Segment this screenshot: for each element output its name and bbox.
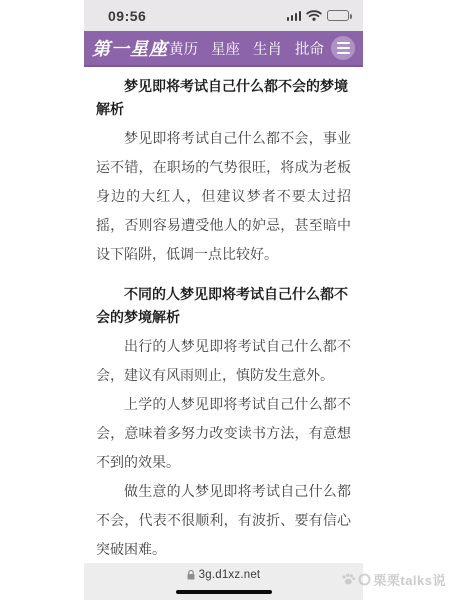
home-indicator[interactable] <box>176 590 272 595</box>
article-paragraph: 出行的人梦见即将考试自己什么都不会，建议有风雨则止，慎防发生意外。 <box>96 332 351 390</box>
hamburger-menu-icon[interactable] <box>331 36 355 60</box>
battery-icon <box>327 10 349 21</box>
url-text: 3g.d1xz.net <box>199 569 261 581</box>
site-logo[interactable]: 第一星座 <box>92 35 168 61</box>
watermark-text: 栗栗talks说 <box>373 570 446 589</box>
nav-item-黄历[interactable]: 黄历 <box>169 38 198 59</box>
site-header: 第一星座 黄历星座生肖批命 <box>84 31 363 67</box>
article-heading: 梦见即将考试自己什么都不会的梦境解析 <box>96 75 351 121</box>
cellular-signal-icon <box>287 11 302 21</box>
browser-url-bar[interactable]: 3g.d1xz.net <box>84 563 363 600</box>
status-bar: 09:56 <box>84 0 363 31</box>
status-icons <box>287 10 350 21</box>
page: 09:56 第一星座 黄历星座生肖批命 梦见即将考试自己什么都不会的梦境解析梦见… <box>0 0 449 600</box>
wifi-icon <box>306 10 322 21</box>
article-heading: 不同的人梦见即将考试自己什么都不会的梦境解析 <box>96 283 351 329</box>
article: 梦见即将考试自己什么都不会的梦境解析梦见即将考试自己什么都不会，事业运不错，在职… <box>84 67 363 564</box>
clock: 09:56 <box>108 8 146 24</box>
article-paragraph: 梦见即将考试自己什么都不会，事业运不错，在职场的气势很旺，将成为老板身边的大红人… <box>96 124 351 269</box>
nav-item-星座[interactable]: 星座 <box>211 38 240 59</box>
url-row[interactable]: 3g.d1xz.net <box>84 563 363 581</box>
padlock-icon <box>187 570 195 580</box>
nav-item-批命[interactable]: 批命 <box>295 38 324 59</box>
article-paragraph: 做生意的人梦见即将考试自己什么都不会，代表不很顺利，有波折、要有信心突破困难。 <box>96 477 351 564</box>
phone-screenshot: 09:56 第一星座 黄历星座生肖批命 梦见即将考试自己什么都不会的梦境解析梦见… <box>84 0 363 600</box>
main-nav: 黄历星座生肖批命 <box>169 38 324 59</box>
article-paragraph: 上学的人梦见即将考试自己什么都不会，意味着多努力改变读书方法，有意想不到的效果。 <box>96 390 351 477</box>
nav-item-生肖[interactable]: 生肖 <box>253 38 282 59</box>
